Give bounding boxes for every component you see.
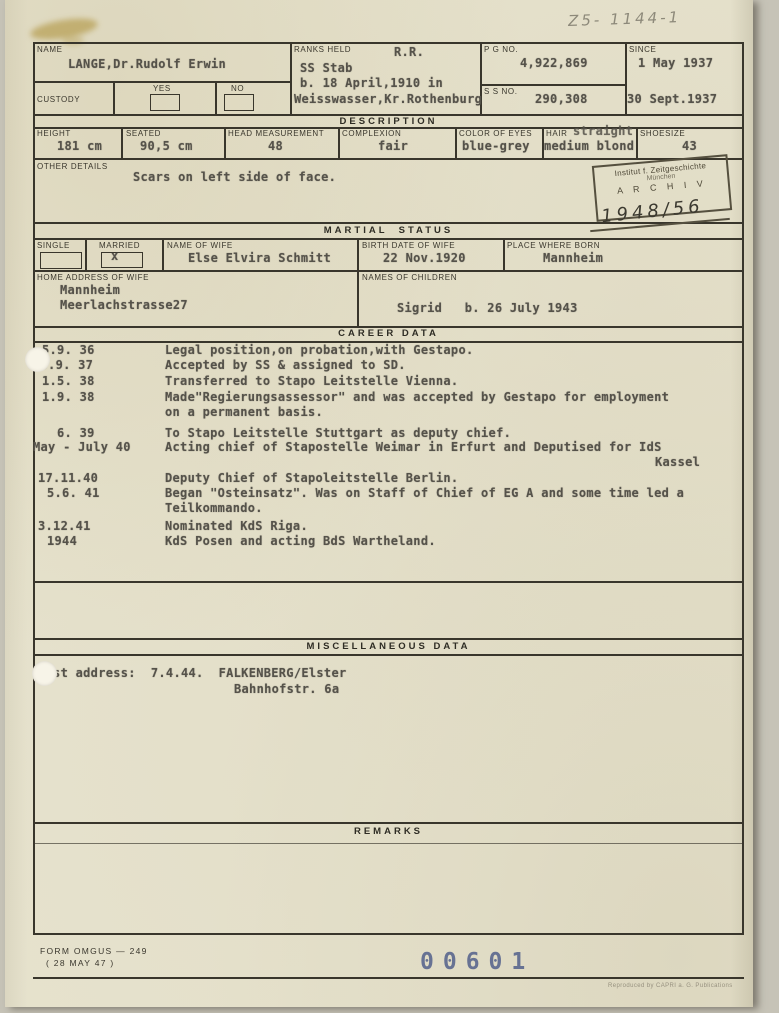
misc-line1: Last address: 7.4.44. FALKENBERG/Elster xyxy=(38,666,347,681)
since-label: SINCE xyxy=(629,45,656,54)
remarks-header: REMARKS xyxy=(33,826,744,837)
grid-line xyxy=(290,42,292,114)
ranks-line3: Weisswasser,Kr.Rothenburg xyxy=(294,92,482,107)
other-details-label: OTHER DETAILS xyxy=(37,162,108,171)
hair-value: medium blond xyxy=(544,139,634,154)
grid-line xyxy=(33,843,744,844)
ranks-line2: b. 18 April,1910 in xyxy=(300,76,443,91)
married-label: MARRIED xyxy=(99,241,140,250)
career-entry-text: Transferred to Stapo Leitstelle Vienna. xyxy=(165,374,458,389)
grid-line xyxy=(33,270,744,272)
grid-line xyxy=(357,238,359,326)
married-checkbox xyxy=(101,252,143,268)
hair-overtype-value: straight xyxy=(573,124,633,139)
custody-yes-label: YES xyxy=(153,84,171,93)
career-entry-text: Began "Osteinsatz". Was on Staff of Chie… xyxy=(165,486,684,516)
pg-no-value: 4,922,869 xyxy=(520,56,588,71)
hair-label: HAIR xyxy=(546,129,568,138)
grid-line xyxy=(480,84,625,86)
children-label: NAMES OF CHILDREN xyxy=(362,273,457,282)
career-entry-text: To Stapo Leitstelle Stuttgart as deputy … xyxy=(165,426,511,441)
grid-line xyxy=(33,158,744,160)
career-entry-text: KdS Posen and acting BdS Wartheland. xyxy=(165,534,436,549)
career-entry-date: 1.9. 38 xyxy=(42,390,95,405)
wife-address-label: HOME ADDRESS OF WIFE xyxy=(37,273,149,282)
career-entry-text: Accepted by SS & assigned to SD. xyxy=(165,358,406,373)
hole-punch xyxy=(25,347,50,372)
career-entry-text: Deputy Chief of Stapoleitstelle Berlin. xyxy=(165,471,458,486)
grid-line xyxy=(338,127,340,158)
ranks-label: RANKS HELD xyxy=(294,45,351,54)
career-entry-date: May - July 40 xyxy=(33,440,131,455)
grid-line xyxy=(33,638,744,640)
ss-no-label: S S NO. xyxy=(484,87,518,96)
grid-line xyxy=(113,81,115,114)
other-details-value: Scars on left side of face. xyxy=(133,170,336,185)
head-measurement-label: HEAD MEASUREMENT xyxy=(228,129,324,138)
head-measurement-value: 48 xyxy=(268,139,283,154)
career-entry-date: 3.12.41 xyxy=(38,519,91,534)
footer-line xyxy=(33,977,744,979)
fine-print: Reproduced by CAPRI a. G. Publications xyxy=(608,983,733,989)
wife-address-line2: Meerlachstrasse27 xyxy=(60,298,188,313)
height-label: HEIGHT xyxy=(37,129,71,138)
single-label: SINGLE xyxy=(37,241,70,250)
ranks-line1: SS Stab xyxy=(300,61,353,76)
ss-no-value: 290,308 xyxy=(535,92,588,107)
career-entry-date: 1.5. 38 xyxy=(42,374,95,389)
wife-birthdate-value: 22 Nov.1920 xyxy=(383,251,466,266)
custody-no-label: NO xyxy=(231,84,244,93)
grid-line xyxy=(33,654,744,656)
wife-address-line1: Mannheim xyxy=(60,283,120,298)
career-entry-text: Made"Regierungsassessor" and was accepte… xyxy=(165,390,669,420)
hole-punch xyxy=(32,661,57,686)
grid-line xyxy=(455,127,457,158)
since-value-1: 1 May 1937 xyxy=(638,56,713,71)
document-scan: Z5- 1144-1 NAME LANGE,Dr.Rudolf Erwin CU… xyxy=(0,0,779,1013)
eyes-label: COLOR OF EYES xyxy=(459,129,532,138)
single-checkbox xyxy=(40,252,82,269)
wife-birthdate-label: BIRTH DATE OF WIFE xyxy=(362,241,455,250)
place-born-value: Mannheim xyxy=(543,251,603,266)
grid-line xyxy=(636,127,638,158)
married-mark: x xyxy=(111,249,119,264)
shoesize-label: SHOESIZE xyxy=(640,129,685,138)
form-date: ( 28 MAY 47 ) xyxy=(46,958,115,968)
career-entry-date: 5.6. 41 xyxy=(47,486,100,501)
grid-line xyxy=(503,238,505,270)
serial-number-stamp: 00601 xyxy=(420,949,534,975)
custody-yes-checkbox xyxy=(150,94,180,111)
wife-name-value: Else Elvira Schmitt xyxy=(188,251,331,266)
form-number: FORM OMGUS — 249 xyxy=(40,946,148,956)
place-born-label: PLACE WHERE BORN xyxy=(507,241,600,250)
career-entry-text: Legal position,on probation,with Gestapo… xyxy=(165,343,474,358)
grid-line xyxy=(121,127,123,158)
custody-label: CUSTODY xyxy=(37,95,80,104)
career-data-header: CAREER DATA xyxy=(33,328,744,339)
description-header: DESCRIPTION xyxy=(33,116,744,127)
career-entry-date: 17.11.40 xyxy=(38,471,98,486)
children-value: Sigrid b. 26 July 1943 xyxy=(397,301,578,316)
height-value: 181 cm xyxy=(57,139,102,154)
career-entry-text-continued: Kassel xyxy=(655,455,700,470)
grid-line xyxy=(33,822,744,824)
grid-line xyxy=(33,81,290,83)
career-entry-text: Nominated KdS Riga. xyxy=(165,519,308,534)
complexion-label: COMPLEXION xyxy=(342,129,401,138)
career-entry-date: 6. 39 xyxy=(57,426,95,441)
shoesize-value: 43 xyxy=(682,139,697,154)
grid-line xyxy=(162,238,164,270)
name-label: NAME xyxy=(37,45,63,54)
since-value-2: 30 Sept.1937 xyxy=(627,92,717,107)
custody-no-checkbox xyxy=(224,94,254,111)
pg-no-label: P G NO. xyxy=(484,45,518,54)
grid-line xyxy=(224,127,226,158)
career-entry-date: 1944 xyxy=(47,534,77,549)
wife-name-label: NAME OF WIFE xyxy=(167,241,233,250)
career-entry-text: Acting chief of Stapostelle Weimar in Er… xyxy=(165,440,662,455)
grid-line xyxy=(33,238,744,240)
seated-value: 90,5 cm xyxy=(140,139,193,154)
grid-line xyxy=(85,238,87,270)
ranks-value: R.R. xyxy=(394,45,424,60)
seated-label: SEATED xyxy=(126,129,161,138)
grid-line xyxy=(33,581,744,583)
misc-line2: Bahnhofstr. 6a xyxy=(234,682,339,697)
grid-line xyxy=(215,81,217,114)
complexion-value: fair xyxy=(378,139,408,154)
name-value: LANGE,Dr.Rudolf Erwin xyxy=(68,57,226,72)
career-entry-date: 5.9. 36 xyxy=(42,343,95,358)
miscellaneous-data-header: MISCELLANEOUS DATA xyxy=(33,641,744,652)
martial-status-header: MARTIAL STATUS xyxy=(33,225,744,236)
eyes-value: blue-grey xyxy=(462,139,530,154)
